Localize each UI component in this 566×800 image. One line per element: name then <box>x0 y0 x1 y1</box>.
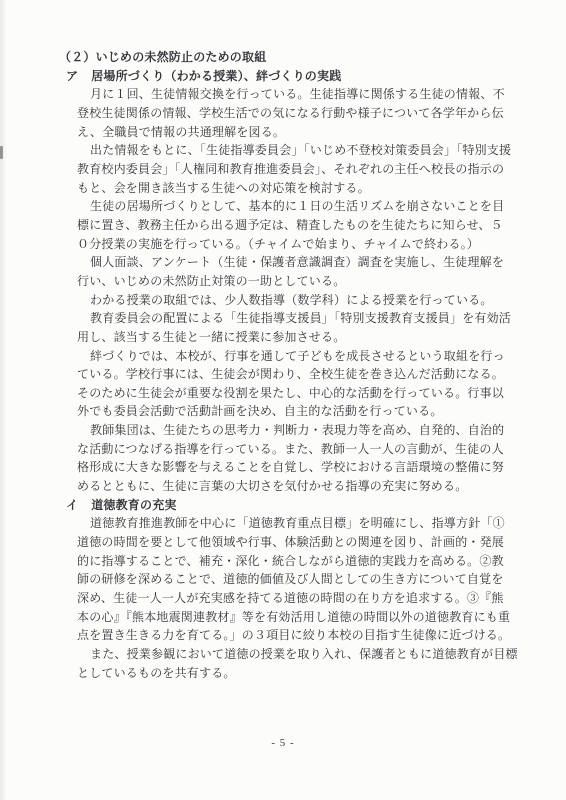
subsection-heading: イ道徳教育の充実 <box>0 496 566 515</box>
page-number: - 5 - <box>0 737 566 749</box>
text-line: そのために生徒会が重要な役割を果たし、中心的な活動を行っている。行事以 <box>0 384 566 403</box>
section-heading: （２）いじめの未然防止のための取組 <box>0 48 566 67</box>
text-line: 深め、生徒一人一人が充実感を持てる道徳の時間の在り方を追求する。③『熊 <box>0 589 566 608</box>
subsection-title: 道徳教育の充実 <box>91 498 176 512</box>
text-line: え、全職員で情報の共通理解を図る。 <box>0 123 566 142</box>
text-line: 外でも委員会活動で活動計画を決め、自主的な活動を行っている。 <box>0 402 566 421</box>
text-line: 格形成に大きな影響を与えることを自覚し、学校における言語環境の整備に努 <box>0 458 566 477</box>
text-line: わかる授業の取組では、少人数指導（数学科）による授業を行っている。 <box>0 291 566 310</box>
text-line: 行い、いじめの未然防止対策の一助としている。 <box>0 272 566 291</box>
text-line: また、授業参観において道徳の授業を取り入れ、保護者ともに道徳教育が目標 <box>0 645 566 664</box>
text-line: な活動につなげる指導を行っている。また、教師一人一人の言動が、生徒の人 <box>0 440 566 459</box>
subsection-marker: イ <box>66 498 78 512</box>
text-line: 標に置き、教務主任から出る週予定は、精査したものを生徒たちに知らせ、５ <box>0 216 566 235</box>
text-line: としているものを共有する。 <box>0 664 566 683</box>
subsection-title: 居場所づくり（わかる授業）、絆づくりの実践 <box>91 69 341 83</box>
text-line: 教師集団は、生徒たちの思考力・判断力・表現力等を高め、自発的、自治的 <box>0 421 566 440</box>
subsection-heading: ア居場所づくり（わかる授業）、絆づくりの実践 <box>0 67 566 86</box>
document-page: （２）いじめの未然防止のための取組ア居場所づくり（わかる授業）、絆づくりの実践月… <box>0 0 566 800</box>
subsection-marker: ア <box>66 69 78 83</box>
text-line: 登校生徒関係の情報、学校生活での気になる行動や様子について各学年から伝 <box>0 104 566 123</box>
text-line: 教育校内委員会」「人権同和教育推進委員会」、それぞれの主任へ校長の指示の <box>0 160 566 179</box>
text-line: ている。学校行事には、生徒会が関わり、全校生徒を巻き込んだ活動になる。 <box>0 365 566 384</box>
text-line: めるとともに、生徒に言葉の大切さを気付かせる指導の充実に努める。 <box>0 477 566 496</box>
text-line: 教育委員会の配置による「生徒指導支援員」「特別支援教育支援員」を有効活 <box>0 309 566 328</box>
text-line: 的に指導することで、補充・深化・統合しながら道徳的実践力を高める。②教 <box>0 552 566 571</box>
text-line: 個人面談、アンケート（生徒・保護者意識調査）調査を実施し、生徒理解を <box>0 253 566 272</box>
text-line: 本の心』『熊本地震関連教材』等を有効活用し道徳の時間以外の道徳教育にも重 <box>0 608 566 627</box>
text-line: 絆づくりでは、本校が、行事を通して子どもを成長させるという取組を行っ <box>0 347 566 366</box>
text-line: 道徳の時間を要として他領域や行事、体験活動との関連を図り、計画的・発展 <box>0 533 566 552</box>
text-line: 道徳教育推進教師を中心に「道徳教育重点目標」を明確にし、指導方針「① <box>0 514 566 533</box>
text-line: 師の研修を深めることで、道徳的価値及び人間としての生き方について自覚を <box>0 570 566 589</box>
text-line: もと、会を開き該当する生徒への対応策を検討する。 <box>0 179 566 198</box>
text-line: ０分授業の実施を行っている。（チャイムで始まり、チャイムで終わる。） <box>0 235 566 254</box>
text-line: 月に１回、生徒情報交換を行っている。生徒指導に関係する生徒の情報、不 <box>0 85 566 104</box>
text-line: 点を置き生きる力を育てる。」の３項目に絞り本校の目指す生徒像に近づける。 <box>0 626 566 645</box>
text-line: 用し、該当する生徒と一緒に授業に参加させる。 <box>0 328 566 347</box>
text-line: 生徒の居場所づくりとして、基本的に１日の生活リズムを崩さないことを目 <box>0 197 566 216</box>
document-body: （２）いじめの未然防止のための取組ア居場所づくり（わかる授業）、絆づくりの実践月… <box>0 48 566 682</box>
text-line: 出た情報をもとに、「生徒指導委員会」「いじめ不登校対策委員会」「特別支援 <box>0 141 566 160</box>
